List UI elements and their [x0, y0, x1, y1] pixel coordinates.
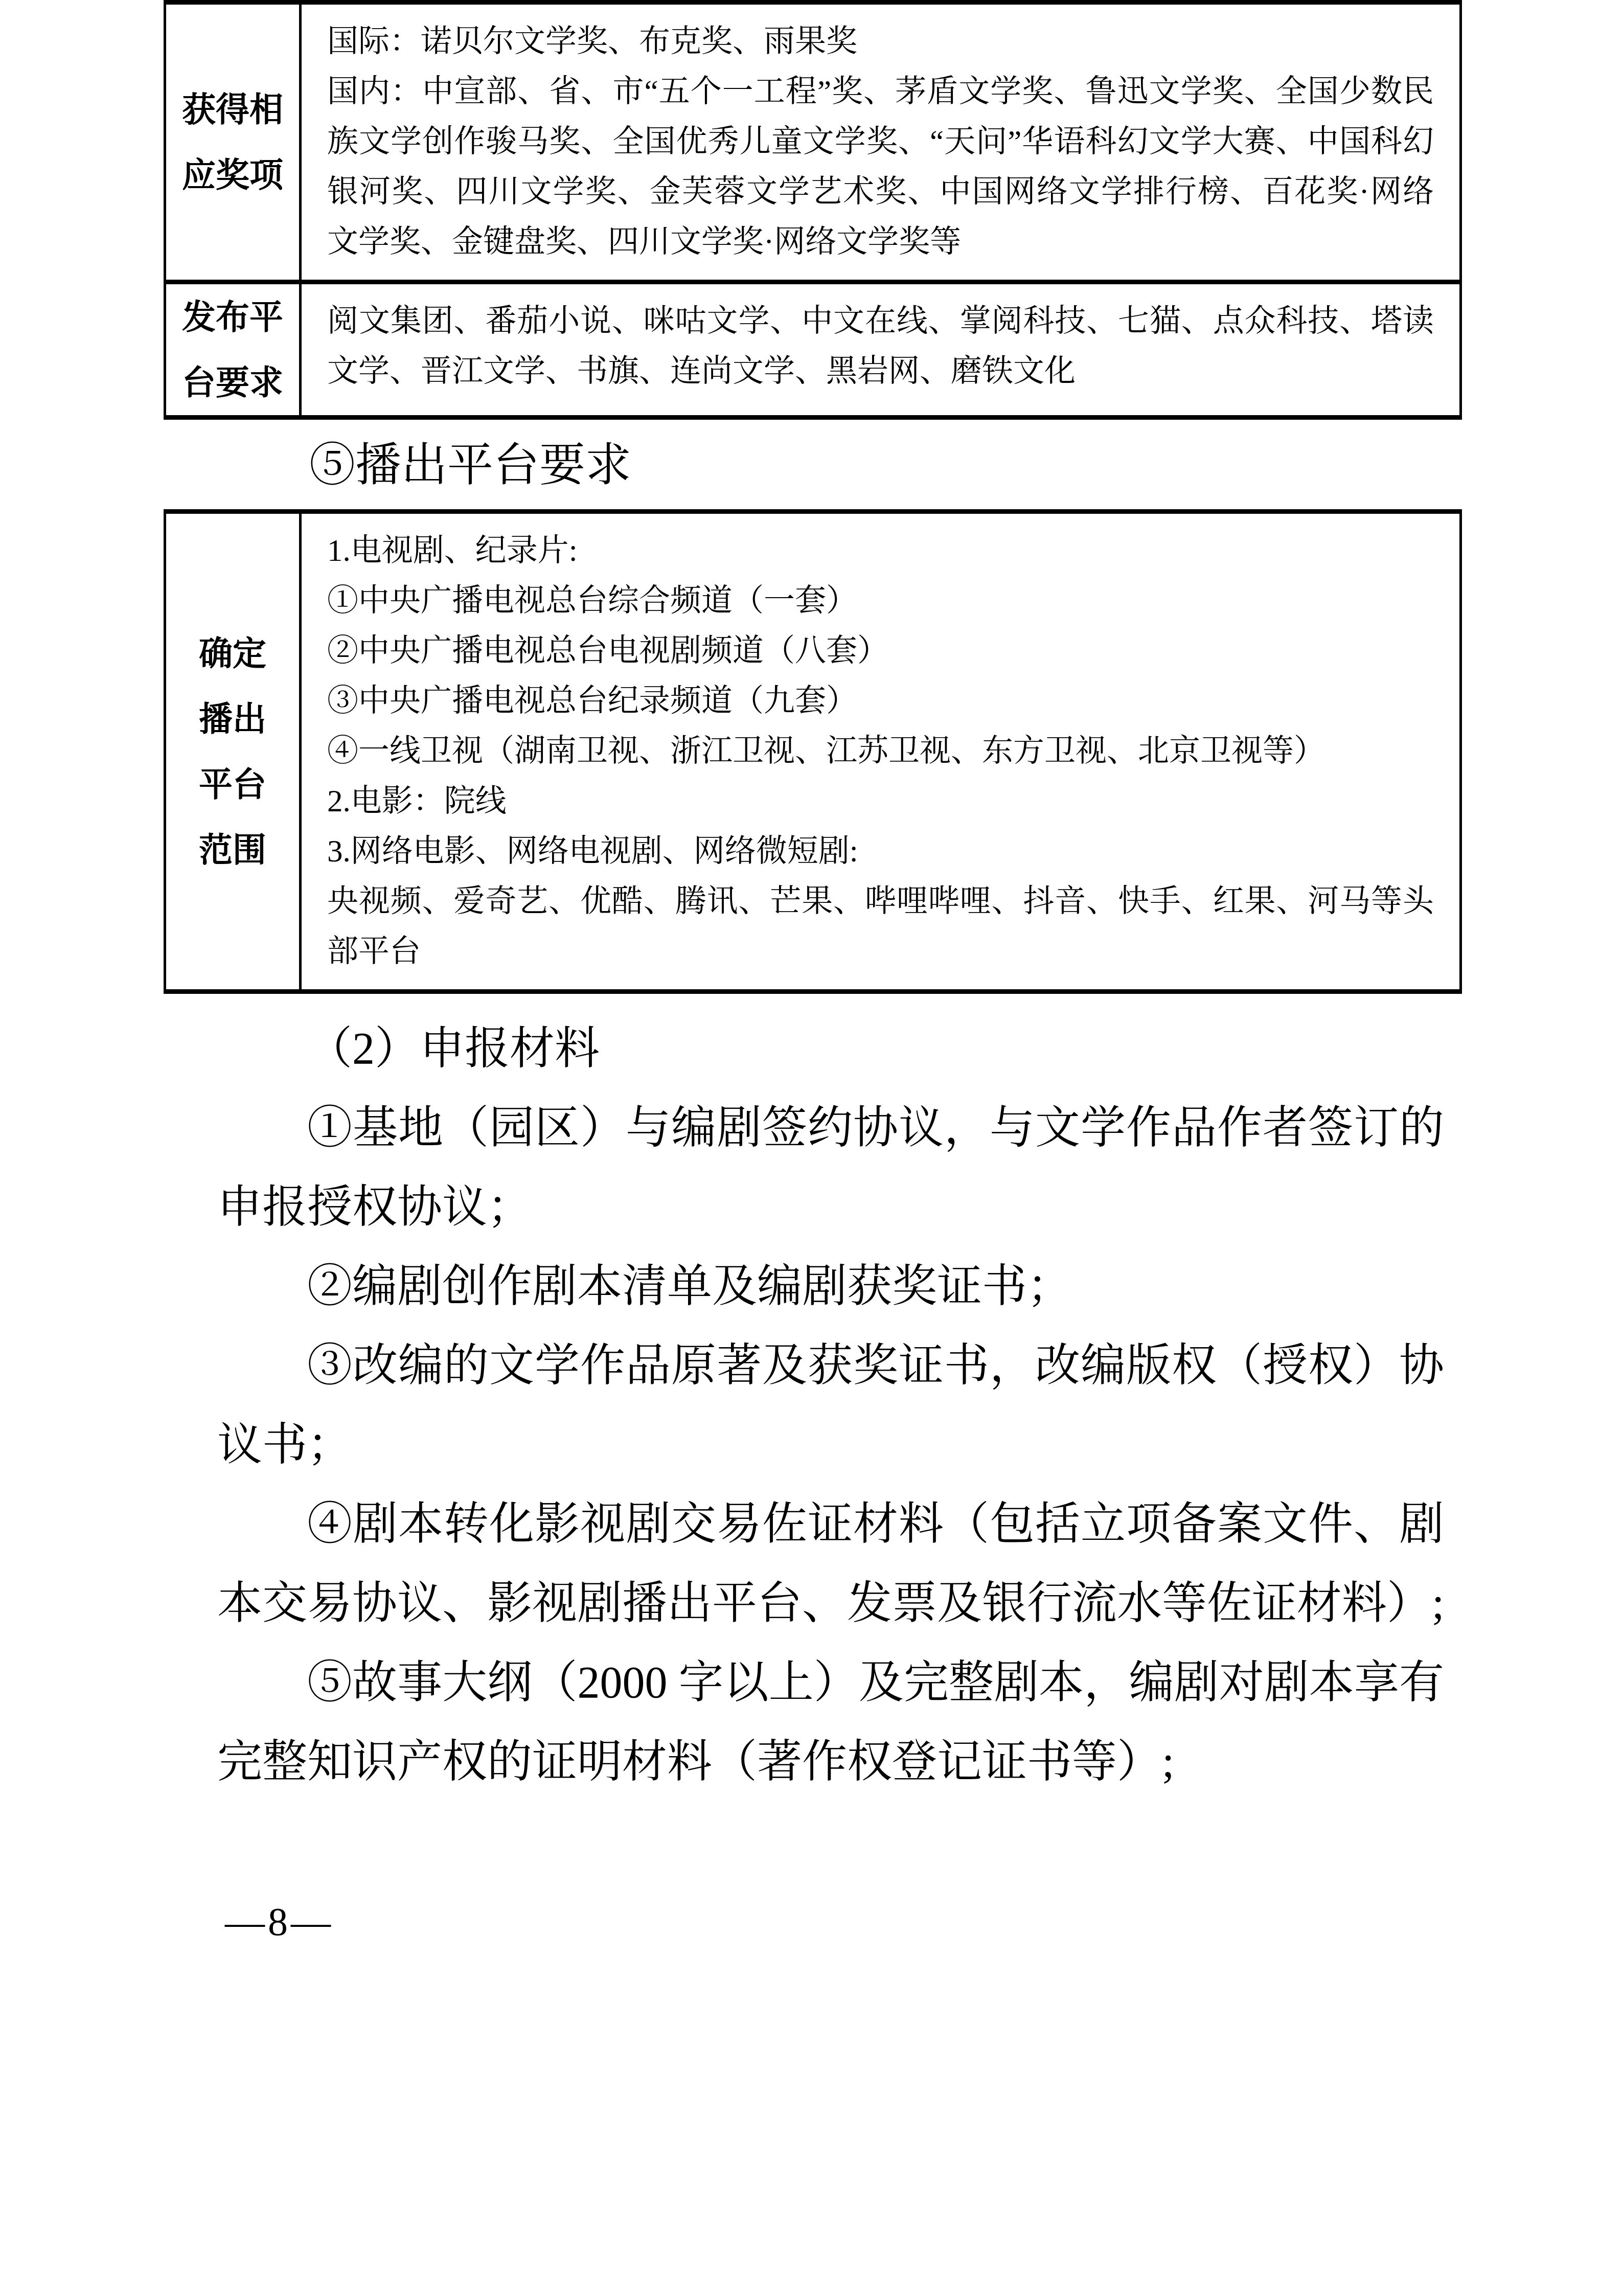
body-text-line: ②编剧创作剧本清单及编剧获奖证书； — [217, 1247, 1444, 1326]
body-text-line: ⑤故事大纲（2000 字以上）及完整剧本，编剧对剧本享有 — [217, 1643, 1444, 1722]
text-line: ②中央广播电视总台电视剧频道（八套） — [327, 626, 1434, 676]
label-line: 范围 — [199, 817, 266, 882]
section-heading: ⑤播出平台要求 — [217, 433, 1444, 499]
text-line: 国内：中宣部、省、市“五个一工程”奖、茅盾文学奖、鲁迅文学奖、全国少数民 — [327, 67, 1434, 117]
body-text-line: ③改编的文学作品原著及获奖证书，改编版权（授权）协 — [217, 1326, 1444, 1405]
body-text-line: 本交易协议、影视剧播出平台、发票及银行流水等佐证材料）; — [217, 1564, 1444, 1643]
body-text-line: ①基地（园区）与编剧签约协议，与文学作品作者签订的 — [217, 1088, 1444, 1168]
text-line: ①中央广播电视总台综合频道（一套） — [327, 576, 1434, 626]
text-line: 2.电影：院线 — [327, 777, 1434, 827]
text-line: 部平台 — [327, 927, 1434, 977]
page-number: —8— — [225, 1894, 1623, 1950]
table-row-publish-platforms: 发布平台要求 阅文集团、番茄小说、咪咕文学、中文在线、掌阅科技、七猫、点众科技、… — [166, 280, 1459, 415]
text-line: ④一线卫视（湖南卫视、浙江卫视、江苏卫视、东方卫视、北京卫视等） — [327, 726, 1434, 777]
text-line: ③中央广播电视总台纪录频道（九套） — [327, 676, 1434, 726]
text-line: 族文学创作骏马奖、全国优秀儿童文学奖、“天问”华语科幻文学大赛、中国科幻 — [327, 117, 1434, 167]
table-row-broadcast-scope: 确定播出平台范围 1.电视剧、纪录片:①中央广播电视总台综合频道（一套）②中央广… — [166, 514, 1459, 989]
text-line: 央视频、爱奇艺、优酷、腾讯、芒果、哔哩哔哩、抖音、快手、红果、河马等头 — [327, 877, 1434, 927]
label-line: 应奖项 — [182, 142, 283, 208]
text-line: 国际：诺贝尔文学奖、布克奖、雨果奖 — [327, 17, 1434, 67]
label-line: 获得相 — [182, 77, 283, 142]
body-text-line: （2）申报材料 — [217, 1009, 1444, 1088]
label-line: 播出 — [199, 686, 266, 752]
label-line: 平台 — [199, 752, 266, 817]
text-line: 3.网络电影、网络电视剧、网络微短剧: — [327, 827, 1434, 877]
row-label-awards: 获得相应奖项 — [166, 5, 302, 280]
table-row-awards: 获得相应奖项 国际：诺贝尔文学奖、布克奖、雨果奖国内：中宣部、省、市“五个一工程… — [166, 5, 1459, 280]
application-materials-section: （2）申报材料①基地（园区）与编剧签约协议，与文学作品作者签订的申报授权协议；②… — [217, 1009, 1444, 1802]
row-label-publish-platforms: 发布平台要求 — [166, 284, 302, 415]
body-text-line: 完整知识产权的证明材料（著作权登记证书等）; — [217, 1722, 1444, 1802]
row-content-broadcast-scope: 1.电视剧、纪录片:①中央广播电视总台综合频道（一套）②中央广播电视总台电视剧频… — [302, 514, 1459, 989]
label-line: 确定 — [199, 621, 266, 686]
text-line: 银河奖、四川文学奖、金芙蓉文学艺术奖、中国网络文学排行榜、百花奖·网络 — [327, 167, 1434, 217]
text-line: 文学、晋江文学、书旗、连尚文学、黑岩网、磨铁文化 — [327, 347, 1434, 397]
label-line: 台要求 — [182, 350, 283, 415]
row-content-awards: 国际：诺贝尔文学奖、布克奖、雨果奖国内：中宣部、省、市“五个一工程”奖、茅盾文学… — [302, 5, 1459, 280]
body-text-line: ④剧本转化影视剧交易佐证材料（包括立项备案文件、剧 — [217, 1485, 1444, 1564]
document-page: 获得相应奖项 国际：诺贝尔文学奖、布克奖、雨果奖国内：中宣部、省、市“五个一工程… — [0, 0, 1623, 2296]
text-line: 阅文集团、番茄小说、咪咕文学、中文在线、掌阅科技、七猫、点众科技、塔读 — [327, 297, 1434, 347]
award-requirements-table: 获得相应奖项 国际：诺贝尔文学奖、布克奖、雨果奖国内：中宣部、省、市“五个一工程… — [164, 0, 1462, 420]
row-label-broadcast-scope: 确定播出平台范围 — [166, 514, 302, 989]
broadcast-platform-table: 确定播出平台范围 1.电视剧、纪录片:①中央广播电视总台综合频道（一套）②中央广… — [164, 509, 1462, 994]
body-text-line: 申报授权协议； — [217, 1168, 1444, 1247]
text-line: 1.电视剧、纪录片: — [327, 526, 1434, 576]
text-line: 文学奖、金键盘奖、四川文学奖·网络文学奖等 — [327, 217, 1434, 267]
label-line: 发布平 — [182, 284, 283, 350]
row-content-publish-platforms: 阅文集团、番茄小说、咪咕文学、中文在线、掌阅科技、七猫、点众科技、塔读文学、晋江… — [302, 284, 1459, 415]
body-text-line: 议书； — [217, 1405, 1444, 1485]
